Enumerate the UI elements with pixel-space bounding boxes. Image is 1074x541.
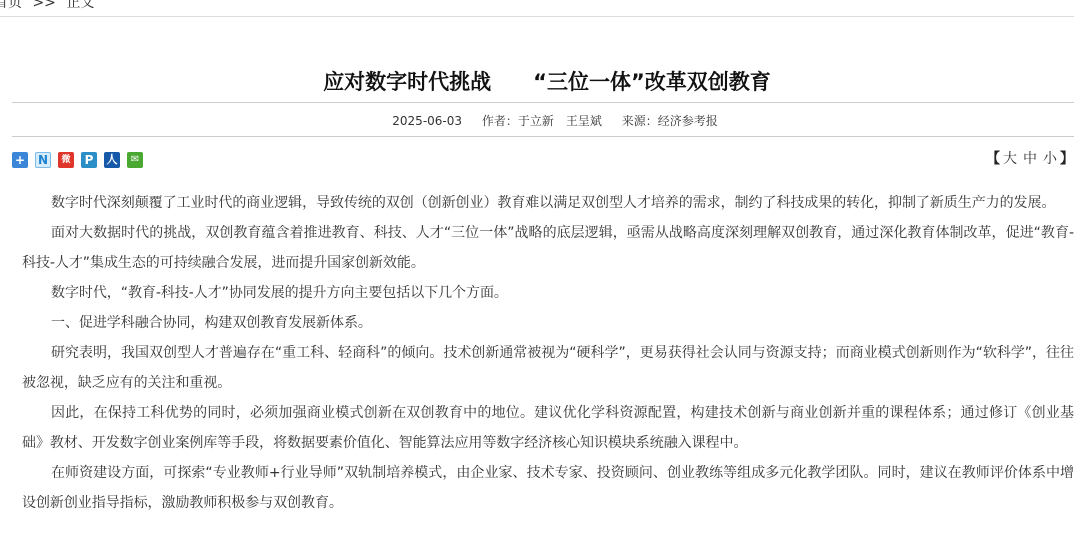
share-renren-icon[interactable]: 人 <box>104 152 120 168</box>
font-size-small-button[interactable]: 小 <box>1043 151 1057 167</box>
paragraph: 数字时代深刻颠覆了工业时代的商业逻辑，导致传统的双创（创新创业）教育难以满足双创… <box>22 188 1074 218</box>
article-source: 来源：经济参考报 <box>622 114 718 128</box>
share-bar: + N 微 P 人 ✉ <box>12 152 143 168</box>
meta-divider <box>12 136 1074 137</box>
share-more-icon[interactable]: + <box>12 152 28 168</box>
bracket-open: 【 <box>986 151 1000 167</box>
paragraph: 一、促进学科融合协同，构建双创教育发展新体系。 <box>22 308 1074 338</box>
paragraph: 在师资建设方面，可探索“专业教师+行业导师”双轨制培养模式，由企业家、技术专家、… <box>22 458 1074 518</box>
share-p-icon[interactable]: P <box>81 152 97 168</box>
share-weibo-icon[interactable]: 微 <box>58 152 74 168</box>
article-date: 2025-06-03 <box>392 114 462 128</box>
font-size-switcher: 【大中小】 <box>986 148 1074 168</box>
share-wechat-icon[interactable]: ✉ <box>127 152 143 168</box>
breadcrumb: 首页 >> 正文 <box>0 0 100 16</box>
breadcrumb-divider <box>0 16 1074 17</box>
breadcrumb-separator: >> <box>32 0 55 11</box>
breadcrumb-current: 正文 <box>66 0 94 11</box>
font-size-medium-button[interactable]: 中 <box>1023 151 1037 167</box>
paragraph: 数字时代，“教育-科技-人才”协同发展的提升方向主要包括以下几个方面。 <box>22 278 1074 308</box>
title-divider <box>12 102 1074 103</box>
share-n-icon[interactable]: N <box>35 152 51 168</box>
paragraph: 研究表明，我国双创型人才普遍存在“重工科、轻商科”的倾向。技术创新通常被视为“硬… <box>22 338 1074 398</box>
font-size-large-button[interactable]: 大 <box>1003 151 1017 167</box>
paragraph: 面对大数据时代的挑战，双创教育蕴含着推进教育、科技、人才“三位一体”战略的底层逻… <box>22 218 1074 278</box>
breadcrumb-home-link[interactable]: 首页 <box>0 0 22 11</box>
bracket-close: 】 <box>1060 151 1074 167</box>
article-body: 数字时代深刻颠覆了工业时代的商业逻辑，导致传统的双创（创新创业）教育难以满足双创… <box>22 188 1074 518</box>
article-meta: 2025-06-03 作者：于立新 王呈斌 来源：经济参考报 <box>0 112 1074 129</box>
article-title: 应对数字时代挑战 “三位一体”改革双创教育 <box>0 66 1074 96</box>
article-author: 作者：于立新 王呈斌 <box>482 114 602 128</box>
paragraph: 因此，在保持工科优势的同时，必须加强商业模式创新在双创教育中的地位。建议优化学科… <box>22 398 1074 458</box>
